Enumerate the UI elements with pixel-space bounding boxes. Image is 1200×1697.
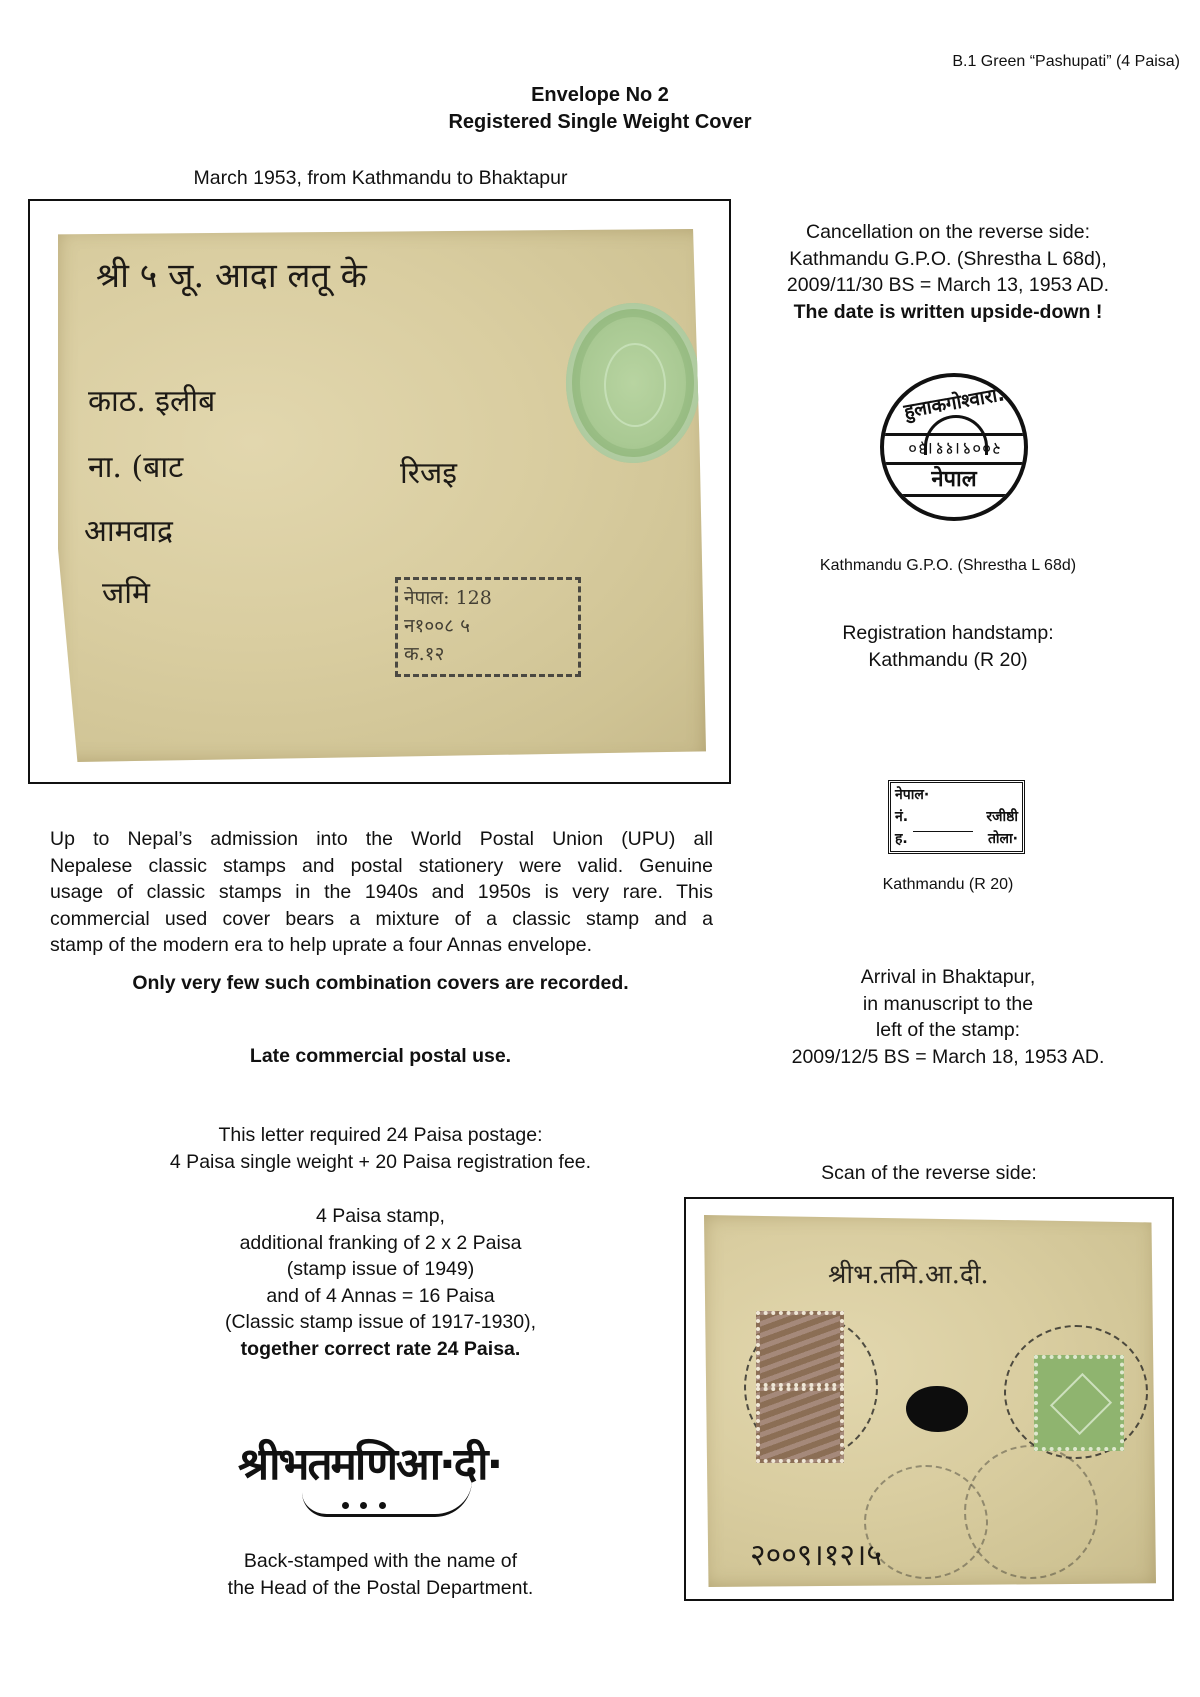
title-line-2: Registered Single Weight Cover bbox=[0, 109, 1200, 136]
r20-handstamp: नेपाल· नं. रजीष्ठी ह. तोला· bbox=[888, 780, 1025, 854]
arrival-description: Arrival in Bhaktapur, in manuscript to t… bbox=[703, 964, 1193, 1070]
franking-line-4: and of 4 Annas = 16 Paisa bbox=[29, 1283, 732, 1310]
paragraph-line: commercial used cover bears a mixture of… bbox=[50, 906, 713, 933]
franking-line-3: (stamp issue of 1949) bbox=[29, 1256, 732, 1283]
franking-total: together correct rate 24 Paisa. bbox=[29, 1336, 732, 1363]
arrival-manuscript-date: २००९।१२।५ bbox=[750, 1533, 882, 1574]
reg-box-line-1: नेपाल: 128 bbox=[404, 584, 492, 610]
registration-handstamp: नेपाल: 128 न१००८ ५ क.१२ bbox=[395, 577, 581, 677]
cancellation-note: The date is written upside-down ! bbox=[703, 299, 1193, 326]
arrival-line-2: in manuscript to the bbox=[703, 991, 1193, 1018]
r20-caption: Kathmandu (R 20) bbox=[703, 876, 1193, 894]
reverse-caption: Scan of the reverse side: bbox=[684, 1160, 1174, 1187]
backstamp-line-1: Back-stamped with the name of bbox=[29, 1548, 732, 1575]
arrival-line-1: Arrival in Bhaktapur, bbox=[703, 964, 1193, 991]
pashupati-indicia bbox=[566, 303, 700, 463]
postmark bbox=[964, 1445, 1098, 1579]
signature-dot bbox=[360, 1502, 367, 1509]
title-line-1: Envelope No 2 bbox=[0, 82, 1200, 109]
page-reference: B.1 Green “Pashupati” (4 Paisa) bbox=[952, 53, 1180, 71]
paragraph-line: Up to Nepal’s admission into the World P… bbox=[50, 826, 713, 853]
r20-row2-left: नं. bbox=[895, 807, 908, 826]
signature-underline bbox=[302, 1480, 472, 1517]
paragraph-line: usage of classic stamps in the 1940s and… bbox=[50, 879, 713, 906]
brown-2-paisa-stamp bbox=[756, 1387, 844, 1463]
registration-line-1: Registration handstamp: bbox=[703, 620, 1193, 647]
postal-head-signature: श्रीभतमणिआ·दी· bbox=[238, 1428, 528, 1520]
envelope-paper: श्री ५ जू. आदा लतू के काठ. इलीब ना. (बाट… bbox=[58, 229, 706, 762]
cancellation-description: Cancellation on the reverse side: Kathma… bbox=[703, 219, 1193, 325]
usage-note: Late commercial postal use. bbox=[29, 1043, 732, 1070]
arrival-line-4: 2009/12/5 BS = March 18, 1953 AD. bbox=[703, 1044, 1193, 1071]
cancellation-line-1: Cancellation on the reverse side: bbox=[703, 219, 1193, 246]
signature-dot bbox=[379, 1502, 386, 1509]
registration-line-2: Kathmandu (R 20) bbox=[703, 647, 1193, 674]
franking-line-1: 4 Paisa stamp, bbox=[29, 1203, 732, 1230]
manuscript-address-3: ना. (बाट bbox=[88, 445, 183, 486]
manuscript-address-4: आमवाद्र bbox=[84, 509, 173, 550]
postage-line-1: This letter required 24 Paisa postage: bbox=[29, 1122, 732, 1149]
cancel-caption: Kathmandu G.P.O. (Shrestha L 68d) bbox=[703, 557, 1193, 575]
backstamp-description: Back-stamped with the name of the Head o… bbox=[29, 1548, 732, 1601]
postage-line-2: 4 Paisa single weight + 20 Paisa registr… bbox=[29, 1149, 732, 1176]
brown-2-paisa-stamp bbox=[756, 1311, 844, 1387]
reverse-backstamp-name: श्रीभ.तमि.आ.दी. bbox=[828, 1255, 989, 1291]
cancellation-line-2: Kathmandu G.P.O. (Shrestha L 68d), bbox=[703, 246, 1193, 273]
r20-row3-right: तोला· bbox=[988, 829, 1018, 848]
gpo-cancellation-stamp: हुलाकगोश्वारा. २००९।११।३० नेपाल bbox=[880, 373, 1028, 521]
front-envelope-image: श्री ५ जू. आदा लतू के काठ. इलीब ना. (बाट… bbox=[28, 199, 731, 784]
postage-description: This letter required 24 Paisa postage: 4… bbox=[29, 1122, 732, 1175]
arrival-line-3: left of the stamp: bbox=[703, 1017, 1193, 1044]
reverse-envelope-image: श्रीभ.तमि.आ.दी. २००९।१२।५ bbox=[684, 1197, 1174, 1601]
page-title: Envelope No 2 Registered Single Weight C… bbox=[0, 82, 1200, 136]
reverse-paper: श्रीभ.तमि.आ.दी. २००९।१२।५ bbox=[704, 1215, 1156, 1587]
manuscript-address-2: काठ. इलीब bbox=[88, 379, 215, 420]
r20-row1-left: नेपाल· bbox=[895, 785, 929, 804]
registration-description: Registration handstamp: Kathmandu (R 20) bbox=[703, 620, 1193, 673]
r20-row3-left: ह. bbox=[895, 829, 908, 848]
green-4-annas-stamp bbox=[1034, 1355, 1124, 1451]
manuscript-destination: रिजइ bbox=[400, 451, 457, 492]
front-caption: March 1953, from Kathmandu to Bhaktapur bbox=[29, 167, 732, 190]
franking-line-5: (Classic stamp issue of 1917-1930), bbox=[29, 1309, 732, 1336]
cancel-date: २००९।११।३० bbox=[884, 438, 1024, 461]
franking-line-2: additional franking of 2 x 2 Paisa bbox=[29, 1230, 732, 1257]
backstamp-line-2: the Head of the Postal Department. bbox=[29, 1575, 732, 1602]
reg-box-line-3: क.१२ bbox=[404, 640, 444, 666]
manuscript-address-1: श्री ५ जू. आदा लतू के bbox=[96, 251, 367, 297]
r20-row2-right: रजीष्ठी bbox=[986, 807, 1018, 826]
manuscript-address-5: जमि bbox=[102, 571, 150, 612]
paragraph-line: stamp of the modern era to help uprate a… bbox=[50, 932, 713, 959]
cancel-bottom-line bbox=[894, 494, 1014, 497]
history-paragraph: Up to Nepal’s admission into the World P… bbox=[50, 826, 713, 959]
franking-description: 4 Paisa stamp, additional franking of 2 … bbox=[29, 1203, 732, 1362]
rarity-note: Only very few such combination covers ar… bbox=[29, 970, 732, 997]
r20-rule bbox=[913, 831, 973, 832]
wax-seal bbox=[906, 1386, 968, 1432]
cancel-country: नेपाल bbox=[884, 463, 1024, 493]
cancellation-line-3: 2009/11/30 BS = March 13, 1953 AD. bbox=[703, 272, 1193, 299]
signature-dot bbox=[342, 1502, 349, 1509]
reg-box-line-2: न१००८ ५ bbox=[404, 612, 470, 638]
paragraph-line: Nepalese classic stamps and postal stati… bbox=[50, 853, 713, 880]
